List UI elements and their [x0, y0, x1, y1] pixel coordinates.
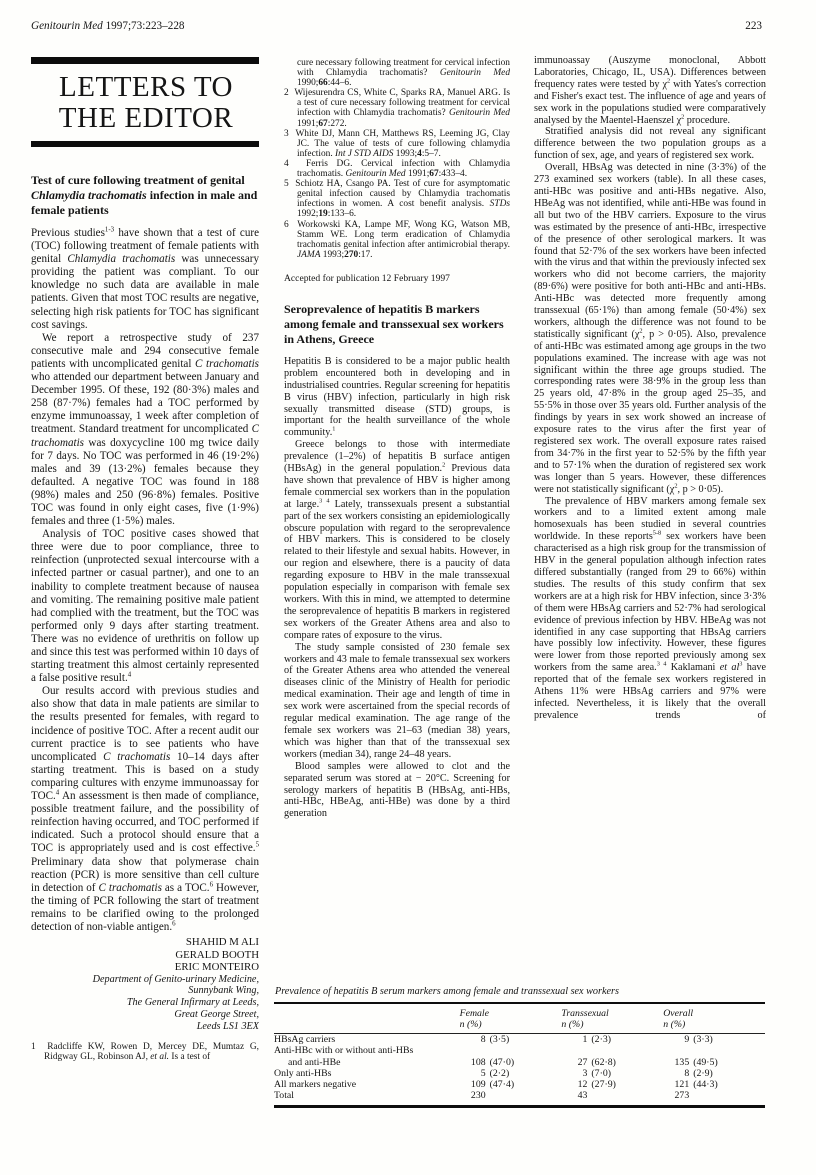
running-head: Genitourin Med 1997;73:223–228 223 [31, 20, 786, 36]
letter2-paragraph: The study sample consisted of 230 female… [284, 642, 510, 761]
reference-item-3: 3 White DJ, Mann CH, Matthews RS, Leemin… [284, 129, 510, 159]
address-line: The General Infirmary at Leeds, [31, 997, 259, 1009]
masthead-line-1: LETTERS TO [59, 71, 233, 103]
signature-name: GERALD BOOTH [31, 949, 259, 962]
journal-page: Genitourin Med 1997;73:223–228 223 LETTE… [0, 0, 816, 1175]
hepatitis-b-markers-table: Prevalence of hepatitis B serum markers … [274, 986, 765, 1108]
table-header-row: Female n (%) Transsexual n (%) Overall n… [274, 1004, 765, 1033]
column-header-overall: Overall n (%) [663, 1008, 765, 1030]
letter2-paragraph: Blood samples were allowed to clot and t… [284, 761, 510, 821]
reference-item-1-start: 1 Radcliffe KW, Rowen D, Mercey DE, Mumt… [31, 1042, 259, 1062]
table-row: Anti-HBc with or without anti-HBs and an… [274, 1045, 765, 1068]
address-line: Leeds LS1 3EX [31, 1021, 259, 1033]
reference-item-6: 6 Workowski KA, Lampe MF, Wong KG, Watso… [284, 220, 510, 260]
table-row: HBsAg carriers 8(3·5) 1(2·3) 9(3·3) [274, 1034, 765, 1045]
letter2-paragraph: Stratified analysis did not reveal any s… [534, 126, 766, 162]
table-row: Only anti-HBs 5(2·2) 3(7·0) 8(2·9) [274, 1068, 765, 1079]
signature-name: ERIC MONTEIRO [31, 961, 259, 974]
journal-citation: Genitourin Med 1997;73:223–228 [31, 20, 185, 32]
column-2: cure necessary following treatment for c… [284, 58, 510, 984]
letter2-paragraph: Overall, HBsAg was detected in nine (3·3… [534, 162, 766, 495]
reference-item-1-continued: cure necessary following treatment for c… [284, 58, 510, 88]
masthead-title: LETTERS TO THE EDITOR [31, 72, 259, 134]
journal-name: Genitourin Med [31, 20, 103, 32]
letter1-paragraph: We report a retrospective study of 237 c… [31, 332, 259, 528]
column-3: immunoassay (Auszyme monoclonal, Abbott … [534, 55, 766, 984]
letter2-paragraph: The prevalence of HBV markers among fema… [534, 496, 766, 722]
letter1-paragraph: Our results accord with previous studies… [31, 685, 259, 934]
letter1-paragraph: Previous studies1-3 have shown that a te… [31, 227, 259, 332]
letter2-paragraph: immunoassay (Auszyme monoclonal, Abbott … [534, 55, 766, 126]
signature-name: SHAHID M ALI [31, 936, 259, 949]
reference-item-5: 5 Schiotz HA, Csango PA. Test of cure fo… [284, 179, 510, 219]
column-1: LETTERS TO THE EDITOR Test of cure follo… [31, 57, 259, 1119]
signature-block: SHAHID M ALI GERALD BOOTH ERIC MONTEIRO … [31, 936, 259, 1032]
page-number: 223 [745, 20, 762, 32]
column-header-female: Female n (%) [460, 1008, 562, 1030]
table-row-total: Total 230 43 273 [274, 1090, 765, 1101]
accepted-note: Accepted for publication 12 February 199… [284, 273, 510, 284]
reference-item-4: 4 Ferris DG. Cervical infection with Chl… [284, 159, 510, 179]
table-header-spacer [274, 1008, 460, 1030]
masthead-top-rule [31, 57, 259, 64]
address-line: Department of Genito-urinary Medicine, [31, 974, 259, 986]
masthead-bottom-rule [31, 141, 259, 147]
letter2-paragraph: Hepatitis B is considered to be a major … [284, 356, 510, 439]
masthead-line-2: THE EDITOR [59, 102, 233, 134]
column-header-transsexual: Transsexual n (%) [561, 1008, 663, 1030]
letter1-title: Test of cure following treatment of geni… [31, 173, 259, 218]
letter2-paragraph: Greece belongs to those with intermediat… [284, 439, 510, 641]
table-caption: Prevalence of hepatitis B serum markers … [275, 986, 765, 998]
reference-item-2: 2 Wijesurendra CS, White C, Sparks RA, M… [284, 88, 510, 128]
address-line: Great George Street, [31, 1009, 259, 1021]
citation-rest: 1997;73:223–228 [103, 20, 185, 32]
table-row: All markers negative 109(47·4) 12(27·9) … [274, 1079, 765, 1090]
letter2-title: Seroprevalence of hepatitis B markers am… [284, 302, 510, 347]
letters-masthead: LETTERS TO THE EDITOR [31, 57, 259, 147]
address-line: Sunnybank Wing, [31, 985, 259, 997]
letter1-paragraph: Analysis of TOC positive cases showed th… [31, 528, 259, 685]
table-bottom-rule [274, 1105, 765, 1108]
